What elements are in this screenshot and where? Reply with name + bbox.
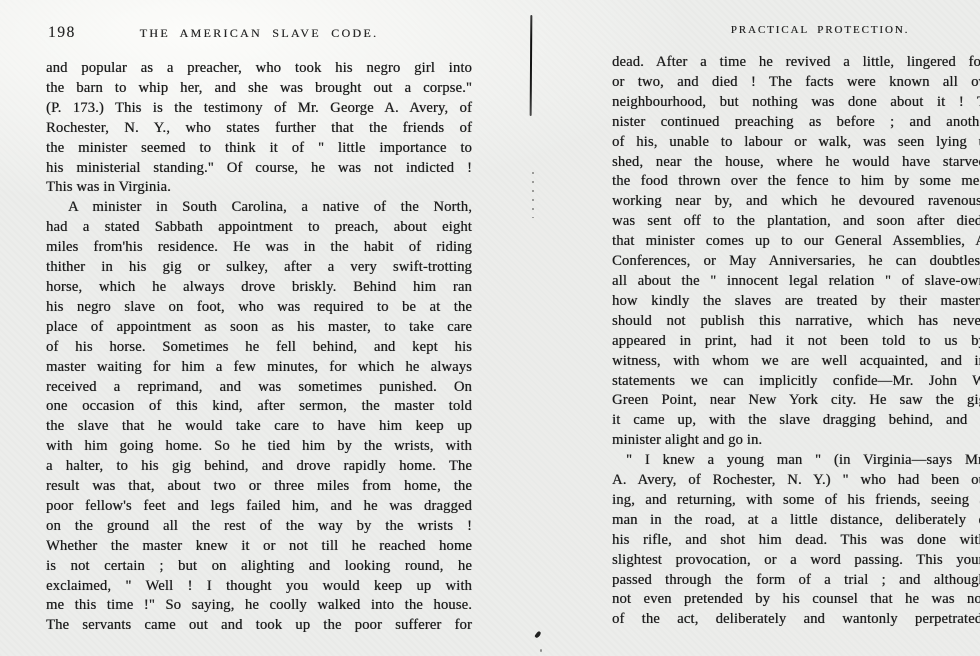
text-line: Whether the master knew it or not till h… bbox=[46, 537, 472, 557]
right-page-text: dead. After a time he revived a little, … bbox=[612, 53, 980, 630]
text-line: of the act, deliberately and wantonly pe… bbox=[612, 610, 980, 630]
text-line: it came up, with the slave dragging behi… bbox=[612, 411, 980, 431]
left-page-text: and popular as a preacher, who took his … bbox=[46, 59, 472, 636]
text-line: received a reprimand, and was sometimes … bbox=[46, 378, 472, 398]
text-line: thither in his gig or sulkey, after a ve… bbox=[46, 258, 472, 278]
text-line: This was in Virginia. bbox=[46, 178, 472, 198]
text-line: his negro slave on foot, who was require… bbox=[46, 298, 472, 318]
text-line: of his, unable to labour or walk, was se… bbox=[612, 133, 980, 153]
text-line: the food thrown over the fence to him by… bbox=[612, 172, 980, 192]
text-line: passed through the form of a trial ; and… bbox=[612, 571, 980, 591]
right-page-header: PRACTICAL PROTECTION. bbox=[612, 24, 980, 40]
gutter-dotted-mark bbox=[532, 172, 534, 218]
text-line: dead. After a time he revived a little, … bbox=[612, 53, 980, 73]
text-line: his ministerial standing." Of course, he… bbox=[46, 159, 472, 179]
text-line: neighbourhood, but nothing was done abou… bbox=[612, 93, 980, 113]
right-page: PRACTICAL PROTECTION. dead. After a time… bbox=[612, 24, 980, 630]
text-line: master waiting for him a few minutes, fo… bbox=[46, 358, 472, 378]
text-line: with him going home. So he tied him by t… bbox=[46, 437, 472, 457]
left-page-header: 198 THE AMERICAN SLAVE CODE. bbox=[46, 26, 472, 42]
text-line: Rochester, N. Y., who states further tha… bbox=[46, 119, 472, 139]
text-line: place of appointment as soon as his mast… bbox=[46, 318, 472, 338]
text-line: slightest provocation, or a word passing… bbox=[612, 551, 980, 571]
text-line: the minister seemed to think it of " lit… bbox=[46, 139, 472, 159]
text-line: how kindly the slaves are treated by the… bbox=[612, 292, 980, 312]
text-line: witness, with whom we are well acquainte… bbox=[612, 352, 980, 372]
text-line: of his horse. Sometimes he fell behind, … bbox=[46, 338, 472, 358]
text-line: minister alight and go in. bbox=[612, 431, 980, 451]
text-line: or two, and died ! The facts were known … bbox=[612, 73, 980, 93]
text-line: Green Point, near New York city. He saw … bbox=[612, 391, 980, 411]
text-line: working near by, and which he devoured r… bbox=[612, 192, 980, 212]
ink-speck bbox=[540, 649, 542, 652]
ink-speck bbox=[534, 631, 541, 639]
text-line: statements we can implicitly confide—Mr.… bbox=[612, 372, 980, 392]
text-line: A minister in South Carolina, a native o… bbox=[46, 198, 472, 218]
text-line: on the ground all the rest of the way by… bbox=[46, 517, 472, 537]
text-line: the barn to whip her, and she was brough… bbox=[46, 79, 472, 99]
text-line: man in the road, at a little distance, d… bbox=[612, 511, 980, 531]
text-line: Conferences, or May Anniversaries, he ca… bbox=[612, 252, 980, 272]
text-line: had a stated Sabbath appointment to prea… bbox=[46, 218, 472, 238]
text-line: appeared in print, had it not been told … bbox=[612, 332, 980, 352]
right-running-header: PRACTICAL PROTECTION. bbox=[612, 24, 980, 36]
text-line: miles from'his residence. He was in the … bbox=[46, 238, 472, 258]
text-line: the slave that he would take care to hav… bbox=[46, 417, 472, 437]
text-line: " I knew a young man " (in Virginia—says… bbox=[612, 451, 980, 471]
text-line: a halter, to his gig behind, and drove r… bbox=[46, 457, 472, 477]
text-line: all about the " innocent legal relation … bbox=[612, 272, 980, 292]
text-line: result was that, about two or three mile… bbox=[46, 477, 472, 497]
text-line: that minister comes up to our General As… bbox=[612, 232, 980, 252]
text-line: and popular as a preacher, who took his … bbox=[46, 59, 472, 79]
text-line: is not certain ; but on alighting and lo… bbox=[46, 557, 472, 577]
text-line: nister continued preaching as before ; a… bbox=[612, 113, 980, 133]
text-line: was sent off to the plantation, and soon… bbox=[612, 212, 980, 232]
text-line: me this time !" So saying, he coolly wal… bbox=[46, 596, 472, 616]
text-line: horse, which he always drove briskly. Be… bbox=[46, 278, 472, 298]
page-number: 198 bbox=[48, 24, 76, 42]
text-line: not even pretended by his counsel that h… bbox=[612, 590, 980, 610]
text-line: shed, near the house, where he would hav… bbox=[612, 153, 980, 173]
text-line: exclaimed, " Well ! I thought you would … bbox=[46, 577, 472, 597]
left-running-header: THE AMERICAN SLAVE CODE. bbox=[46, 26, 472, 41]
book-scan: 198 THE AMERICAN SLAVE CODE. and popular… bbox=[0, 0, 980, 656]
text-line: should not publish this narrative, which… bbox=[612, 312, 980, 332]
left-page: 198 THE AMERICAN SLAVE CODE. and popular… bbox=[46, 26, 472, 636]
text-line: (P. 173.) This is the testimony of Mr. G… bbox=[46, 99, 472, 119]
text-line: A. Avery, of Rochester, N. Y.) " who had… bbox=[612, 471, 980, 491]
text-line: ing, and returning, with some of his fri… bbox=[612, 491, 980, 511]
text-line: The servants came out and took up the po… bbox=[46, 616, 472, 636]
text-line: his rifle, and shot him dead. This was d… bbox=[612, 531, 980, 551]
text-line: poor fellow's feet and legs failed him, … bbox=[46, 497, 472, 517]
text-line: one occasion of this kind, after sermon,… bbox=[46, 397, 472, 417]
gutter-fold-line bbox=[530, 15, 533, 116]
